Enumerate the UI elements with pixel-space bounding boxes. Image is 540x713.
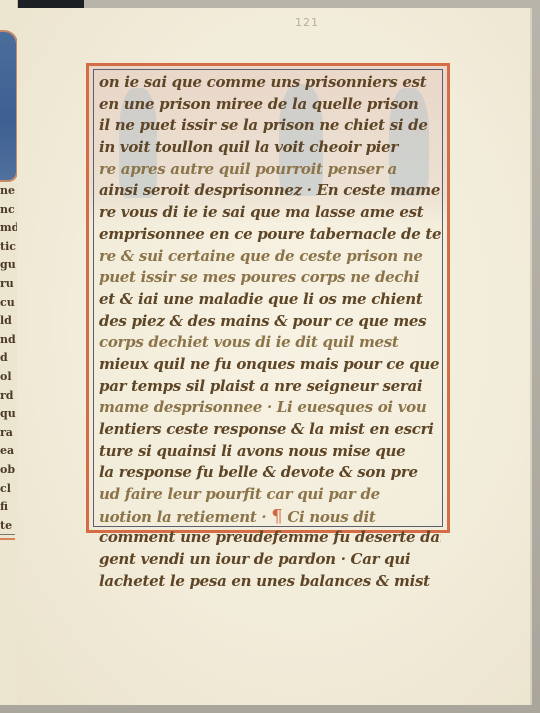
left-page-fragment: cu — [0, 294, 17, 313]
left-page-fragment: d — [0, 349, 17, 368]
manuscript-line: corps dechiet vous di ie dit quil mest — [99, 332, 441, 354]
manuscript-line: puet issir se mes poures corps ne dechi — [99, 267, 441, 289]
miniature-illumination — [0, 30, 18, 182]
left-page-fragment: ea — [0, 442, 17, 461]
left-page-fragment: rd — [0, 387, 17, 406]
manuscript-line: re apres autre quil pourroit penser a — [99, 159, 441, 181]
manuscript-line: in voit toullon quil la voit cheoir pier — [99, 137, 441, 159]
left-page-fragment: nd — [0, 331, 17, 350]
left-page-fragment: te — [0, 517, 17, 536]
manuscript-line: re vous di ie ie sai que ma lasse ame es… — [99, 202, 441, 224]
manuscript-line: gent vendi un iour de pardon · Car qui — [99, 549, 441, 571]
left-page-fragment: ld — [0, 312, 17, 331]
manuscript-line: comment une preudefemme fu deserte dar — [99, 527, 441, 549]
manuscript-line: il ne puet issir se la prison ne chiet s… — [99, 115, 441, 137]
left-page-fragment: ra — [0, 424, 17, 443]
manuscript-line: lachetet le pesa en unes balances & mist — [99, 571, 441, 593]
folio-number: 121 — [295, 16, 319, 29]
left-page-fragment: md — [0, 219, 17, 238]
manuscript-line: des piez & des mains & pour ce que mes — [99, 311, 441, 333]
left-page-fragment: fi — [0, 498, 17, 517]
manuscript-line: lentiers ceste response & la mist en esc… — [99, 419, 441, 441]
left-page-fragment: gu — [0, 256, 17, 275]
rubric-pilcrow-icon: ¶ — [271, 506, 282, 527]
left-page-fragment: ne — [0, 182, 17, 201]
manuscript-line: ud faire leur pourfit car qui par de — [99, 484, 441, 506]
manuscript-line: re & sui certaine que de ceste prison ne — [99, 246, 441, 268]
left-page-fragment: tic — [0, 238, 17, 257]
left-page-fragment: nc — [0, 201, 17, 220]
manuscript-line: la response fu belle & devote & son pre — [99, 462, 441, 484]
manuscript-line: ainsi seroit desprisonnez · En ceste mam… — [99, 180, 441, 202]
manuscript-line: mame desprisonnee · Li euesques oi vou — [99, 397, 441, 419]
left-page-fragment: ru — [0, 275, 17, 294]
text-block-frame: on ie sai que comme uns prisonniers este… — [86, 63, 450, 533]
manuscript-line: mieux quil ne fu onques mais pour ce que — [99, 354, 441, 376]
manuscript-line: en une prison miree de la quelle prison — [99, 94, 441, 116]
left-page-fragment: cl — [0, 480, 17, 499]
manuscript-line: ture si quainsi li avons nous mise que — [99, 441, 441, 463]
manuscript-line: uotion la retiement · ¶ Ci nous dit — [99, 506, 441, 528]
left-page-text-fragments: nencmdticguruculdnddolrdquraeaobclfite — [0, 182, 17, 535]
manuscript-line: on ie sai que comme uns prisonniers est — [99, 72, 441, 94]
manuscript-line: par temps sil plaist a nre seigneur sera… — [99, 376, 441, 398]
manuscript-line: et & iai une maladie que li os me chient — [99, 289, 441, 311]
manuscript-text: on ie sai que comme uns prisonniers este… — [99, 72, 441, 593]
manuscript-line: emprisonnee en ce poure tabernacle de te… — [99, 224, 441, 246]
left-page-edge: nencmdticguruculdnddolrdquraeaobclfite — [0, 0, 18, 705]
left-page-fragment: qu — [0, 405, 17, 424]
manuscript-page: 121 on ie sai que comme uns prisonniers … — [17, 8, 530, 705]
scanner-edge — [14, 0, 84, 8]
left-page-fragment: ob — [0, 461, 17, 480]
left-page-fragment: ol — [0, 368, 17, 387]
left-page-frame-rule — [0, 534, 15, 540]
